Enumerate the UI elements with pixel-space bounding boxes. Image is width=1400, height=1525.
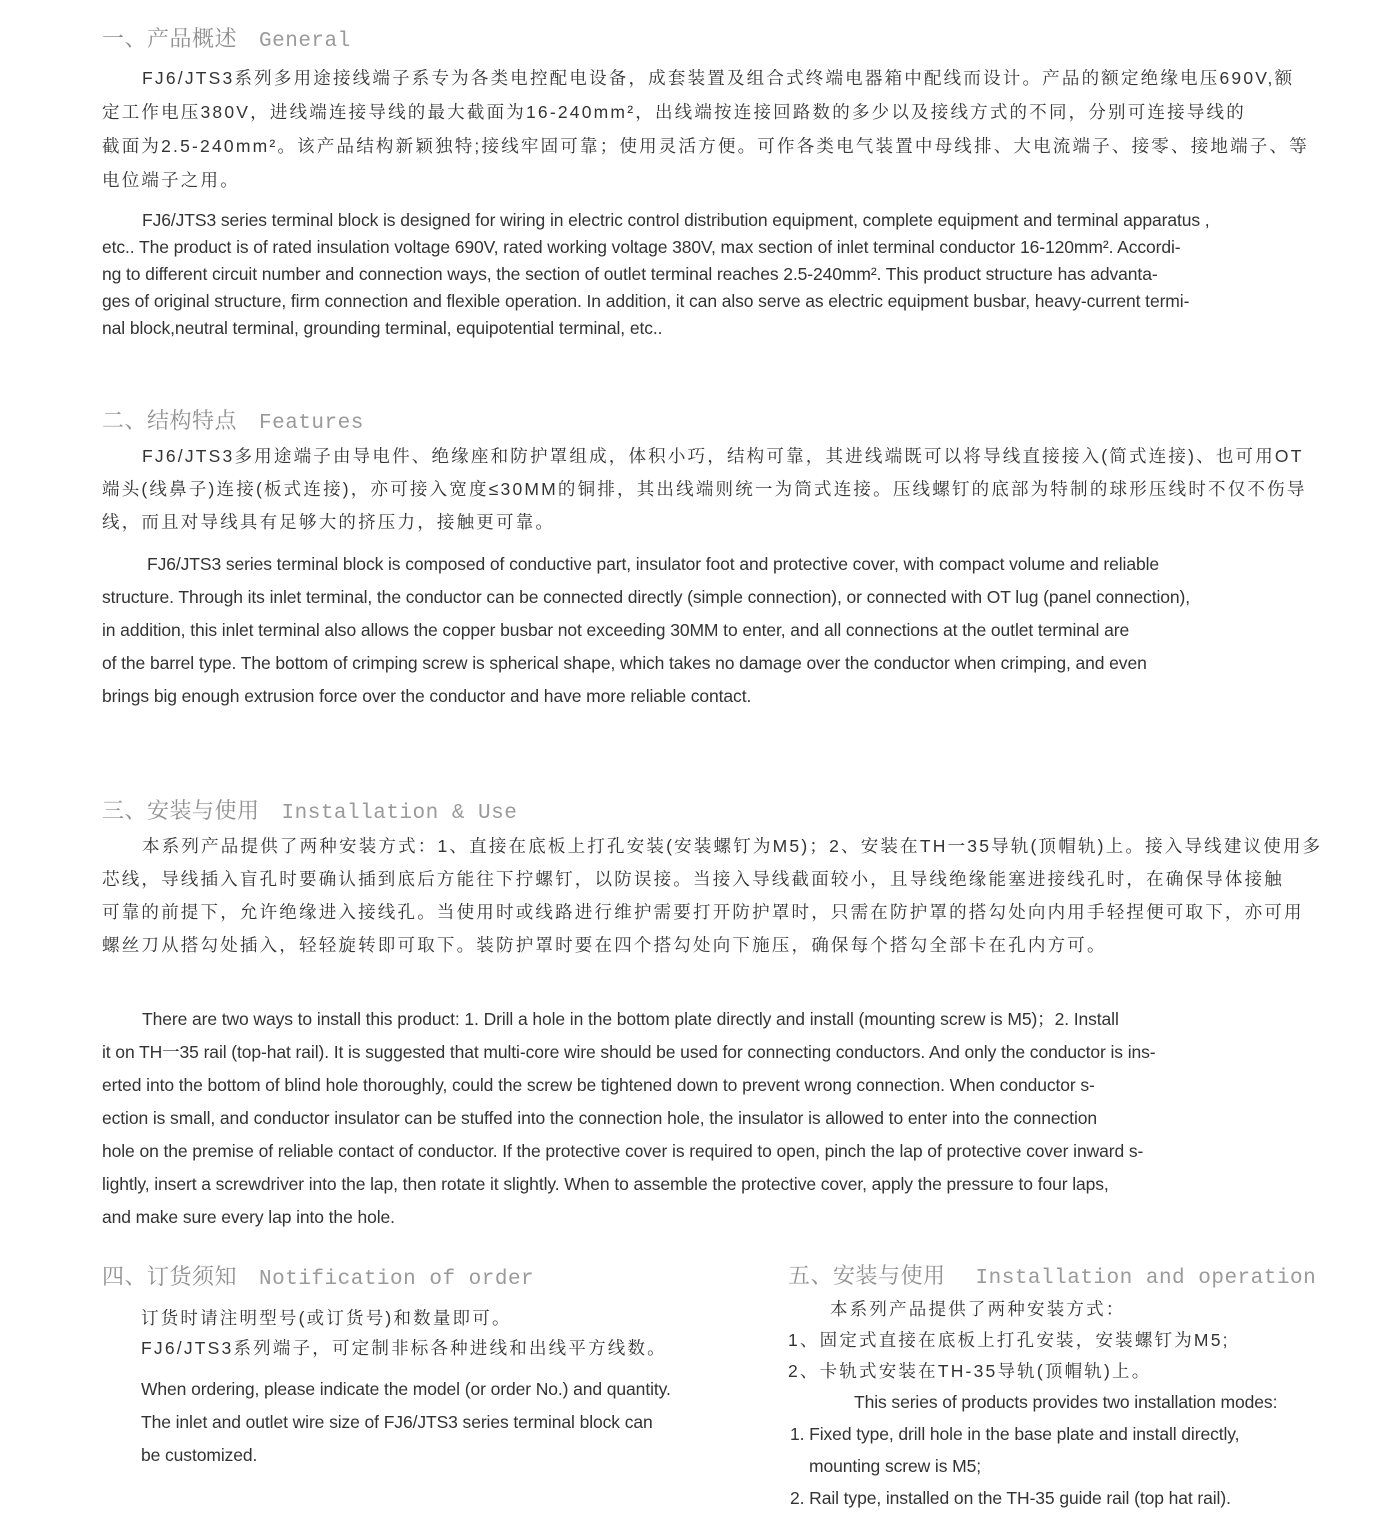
text-line: erted into the bottom of blind hole thor… — [102, 1069, 1156, 1102]
text-line: 本系列产品提供了两种安装方式：1、直接在底板上打孔安装(安装螺钉为M5)；2、安… — [102, 830, 1322, 863]
text-line: nal block,neutral terminal, grounding te… — [102, 315, 1210, 342]
text-line: 端头(线鼻子)连接(板式连接)，亦可接入宽度≤30MM的铜排，其出线端则统一为筒… — [102, 473, 1307, 506]
operation-en-paragraph: This series of products provides two ins… — [788, 1386, 1277, 1514]
text-line: in addition, this inlet terminal also al… — [102, 614, 1190, 647]
text-line: 电位端子之用。 — [102, 163, 1309, 197]
operation-cn-paragraph: 本系列产品提供了两种安装方式： 1、固定式直接在底板上打孔安装，安装螺钉为M5;… — [788, 1294, 1230, 1387]
text-line: 线，而且对导线具有足够大的挤压力，接触更可靠。 — [102, 506, 1307, 539]
text-line: etc.. The product is of rated insulation… — [102, 234, 1210, 261]
heading-en: General — [259, 30, 351, 53]
text-line: 芯线，导线插入盲孔时要确认插到底后方能往下拧螺钉，以防误接。当接入导线截面较小，… — [102, 863, 1322, 896]
text-line: FJ6/JTS3系列端子，可定制非标各种进线和出线平方线数。 — [141, 1333, 667, 1363]
text-line: lightly, insert a screwdriver into the l… — [102, 1168, 1156, 1201]
section-heading-general: 一、产品概述General — [102, 22, 351, 53]
text-line: mounting screw is M5; — [788, 1450, 1277, 1482]
heading-cn: 四、订货须知 — [102, 1264, 237, 1289]
text-line: structure. Through its inlet terminal, t… — [102, 581, 1190, 614]
text-line: FJ6/JTS3多用途端子由导电件、绝缘座和防护罩组成，体积小巧，结构可靠，其进… — [102, 440, 1307, 473]
text-line: ng to different circuit number and conne… — [102, 261, 1210, 288]
text-line: 1、固定式直接在底板上打孔安装，安装螺钉为M5; — [788, 1325, 1230, 1356]
text-line: FJ6/JTS3 series terminal block is compos… — [102, 548, 1190, 581]
installation-cn-paragraph: 本系列产品提供了两种安装方式：1、直接在底板上打孔安装(安装螺钉为M5)；2、安… — [102, 830, 1322, 962]
text-line: There are two ways to install this produ… — [102, 1003, 1156, 1036]
text-line: hole on the premise of reliable contact … — [102, 1135, 1156, 1168]
heading-cn: 三、安装与使用 — [102, 798, 260, 823]
text-line: 螺丝刀从搭勾处插入，轻轻旋转即可取下。装防护罩时要在四个搭勾处向下施压，确保每个… — [102, 929, 1322, 962]
text-line: This series of products provides two ins… — [788, 1386, 1277, 1418]
order-cn-paragraph: 订货时请注明型号(或订货号)和数量即可。 FJ6/JTS3系列端子，可定制非标各… — [141, 1303, 667, 1363]
text-line: ection is small, and conductor insulator… — [102, 1102, 1156, 1135]
heading-cn: 二、结构特点 — [102, 408, 237, 433]
text-line: FJ6/JTS3 series terminal block is design… — [102, 207, 1210, 234]
section-heading-operation: 五、安装与使用Installation and operation — [788, 1259, 1316, 1290]
text-line: of the barrel type. The bottom of crimpi… — [102, 647, 1190, 680]
features-en-paragraph: FJ6/JTS3 series terminal block is compos… — [102, 548, 1190, 713]
text-line: 可靠的前提下，允许绝缘进入接线孔。当使用时或线路进行维护需要打开防护罩时，只需在… — [102, 896, 1322, 929]
text-line: 2. Rail type, installed on the TH-35 gui… — [788, 1482, 1277, 1514]
section-heading-features: 二、结构特点Features — [102, 404, 364, 435]
heading-en: Notification of order — [259, 1268, 534, 1291]
text-line: 本系列产品提供了两种安装方式： — [788, 1294, 1230, 1325]
text-line: 1. Fixed type, drill hole in the base pl… — [788, 1418, 1277, 1450]
heading-cn: 一、产品概述 — [102, 26, 237, 51]
section-heading-installation: 三、安装与使用Installation & Use — [102, 794, 517, 825]
heading-en: Installation and operation — [976, 1267, 1317, 1290]
general-cn-paragraph: FJ6/JTS3系列多用途接线端子系专为各类电控配电设备，成套装置及组合式终端电… — [102, 61, 1309, 197]
text-line: brings big enough extrusion force over t… — [102, 680, 1190, 713]
text-line: ges of original structure, firm connecti… — [102, 288, 1210, 315]
heading-en: Features — [259, 412, 364, 435]
heading-en: Installation & Use — [282, 802, 518, 825]
text-line: 2、卡轨式安装在TH-35导轨(顶帽轨)上。 — [788, 1356, 1230, 1387]
text-line: it on TH一35 rail (top-hat rail). It is s… — [102, 1036, 1156, 1069]
text-line: 订货时请注明型号(或订货号)和数量即可。 — [141, 1303, 667, 1333]
text-line: FJ6/JTS3系列多用途接线端子系专为各类电控配电设备，成套装置及组合式终端电… — [102, 61, 1309, 95]
text-line: 截面为2.5-240mm²。该产品结构新颖独特;接线牢固可靠；使用灵活方便。可作… — [102, 129, 1309, 163]
text-line: 定工作电压380V，进线端连接导线的最大截面为16-240mm²，出线端按连接回… — [102, 95, 1309, 129]
features-cn-paragraph: FJ6/JTS3多用途端子由导电件、绝缘座和防护罩组成，体积小巧，结构可靠，其进… — [102, 440, 1307, 539]
general-en-paragraph: FJ6/JTS3 series terminal block is design… — [102, 207, 1210, 342]
section-heading-order: 四、订货须知Notification of order — [102, 1260, 534, 1291]
text-line: and make sure every lap into the hole. — [102, 1201, 1156, 1234]
heading-cn: 五、安装与使用 — [788, 1263, 946, 1288]
installation-en-paragraph: There are two ways to install this produ… — [102, 1003, 1156, 1234]
order-en-paragraph: When ordering, please indicate the model… — [141, 1373, 671, 1472]
text-line: be customized. — [141, 1439, 671, 1472]
text-line: When ordering, please indicate the model… — [141, 1373, 671, 1406]
text-line: The inlet and outlet wire size of FJ6/JT… — [141, 1406, 671, 1439]
